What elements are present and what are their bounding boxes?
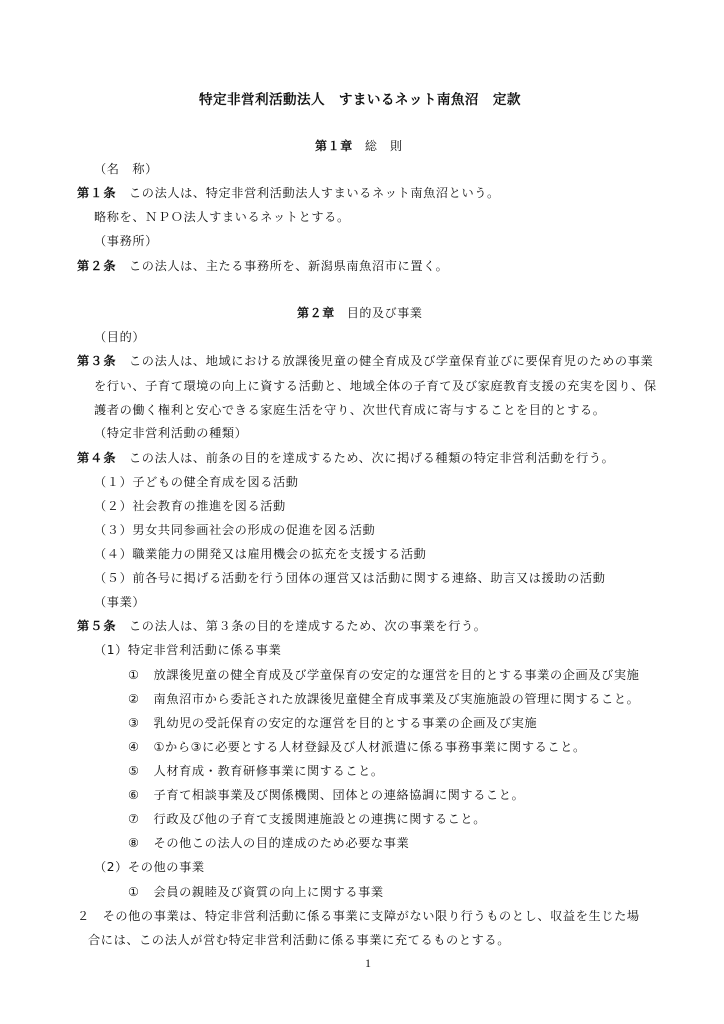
list-item: ④①から③に必要とする人材登録及び人材派遣に係る事務事業に関すること。 [128, 739, 586, 755]
list-item: ③乳幼児の受託保育の安定的な運営を目的とする事業の企画及び実施 [128, 715, 537, 731]
item-mark: ⑤ [128, 764, 140, 778]
article-3: 第３条この法人は、地域における放課後児童の健全育成及び学童保育並びに要保育児のた… [77, 353, 653, 369]
article-label: 第３条 [77, 353, 129, 369]
article-label: 第２条 [77, 258, 129, 274]
list-item: ①放課後児童の健全育成及び学童保育の安定的な運営を目的とする事業の企画及び実施 [128, 667, 639, 683]
section-1-title: （1）特定非営利活動に係る事業 [94, 642, 281, 658]
article-5: 第５条この法人は、第３条の目的を達成するため、次の事業を行う。 [77, 618, 487, 634]
article-1: 第１条この法人は、特定非営利活動法人すまいるネット南魚沼という。 [77, 185, 500, 201]
heading-activity-types: （特定非営利活動の種類） [94, 425, 247, 441]
item-text: 人材育成・教育研修事業に関すること。 [154, 764, 384, 778]
article-text: この法人は、主たる事務所を、新潟県南魚沼市に置く。 [129, 259, 448, 273]
item-text: 行政及び他の子育て支援関連施設との連携に関すること。 [154, 812, 486, 826]
article-2: 第２条この法人は、主たる事務所を、新潟県南魚沼市に置く。 [77, 258, 448, 274]
chapter-1-heading: 第１章総 則 [315, 138, 403, 154]
page-number: 1 [365, 955, 372, 971]
item-mark: ⑦ [128, 812, 140, 826]
item-text: ①から③に必要とする人材登録及び人材派遣に係る事務事業に関すること。 [154, 740, 586, 754]
item-text: 子育て相談事業及び関係機関、団体との連絡協調に関すること。 [154, 788, 525, 802]
item-mark: ④ [128, 740, 140, 754]
item-mark: ⑥ [128, 788, 140, 802]
article-3-line-3: 護者の働く権利と安心できる家庭生活を守り、次世代育成に寄与することを目的とする。 [94, 402, 606, 418]
list-item: （５）前各号に掲げる活動を行う団体の運営又は活動に関する連絡、助言又は援助の活動 [94, 570, 606, 586]
chapter-name: 総 則 [365, 139, 403, 153]
list-item: ②南魚沼市から委託された放課後児童健全育成事業及び実施施設の管理に関すること。 [128, 691, 639, 707]
item-mark: ① [128, 885, 140, 899]
list-item: ⑦行政及び他の子育て支援関連施設との連携に関すること。 [128, 811, 486, 827]
item-mark: ⑧ [128, 836, 140, 850]
list-item: （２）社会教育の推進を図る活動 [94, 498, 286, 514]
item-mark: ② [128, 692, 140, 706]
article-3-line-2: を行い、子育て環境の向上に資する活動と、地域全体の子育て及び家庭教育支援の充実を… [94, 378, 657, 394]
heading-office: （事務所） [94, 233, 158, 249]
item-text: 南魚沼市から委託された放課後児童健全育成事業及び実施施設の管理に関すること。 [154, 692, 640, 706]
article-text: この法人は、地域における放課後児童の健全育成及び学童保育並びに要保育児のための事… [129, 354, 653, 368]
item-text: 乳幼児の受託保育の安定的な運営を目的とする事業の企画及び実施 [154, 716, 538, 730]
article-1-abbreviation: 略称を、ＮＰＯ法人すまいるネットとする。 [94, 209, 350, 225]
article-text: この法人は、前条の目的を達成するため、次に掲げる種類の特定非営利活動を行う。 [129, 451, 614, 465]
list-item: （３）男女共同参画社会の形成の促進を図る活動 [94, 522, 375, 538]
section-2-title: （2）その他の事業 [94, 859, 205, 875]
chapter-number: 第２章 [297, 306, 335, 320]
heading-purpose: （目的） [94, 329, 145, 345]
article-label: 第１条 [77, 185, 129, 201]
item-text: 放課後児童の健全育成及び学童保育の安定的な運営を目的とする事業の企画及び実施 [154, 668, 640, 682]
item-text: その他この法人の目的達成のため必要な事業 [154, 836, 410, 850]
heading-business: （事業） [94, 594, 145, 610]
chapter-name: 目的及び事業 [347, 306, 423, 320]
list-item: ⑤人材育成・教育研修事業に関すること。 [128, 763, 384, 779]
article-label: 第４条 [77, 450, 129, 466]
list-item: ⑧その他この法人の目的達成のため必要な事業 [128, 835, 409, 851]
heading-name: （名 称） [94, 161, 158, 177]
article-4: 第４条この法人は、前条の目的を達成するため、次に掲げる種類の特定非営利活動を行う… [77, 450, 614, 466]
article-5-paragraph-2-cont: 合には、この法人が営む特定非営利活動に係る事業に充てるものとする。 [88, 932, 510, 948]
list-item: ⑥子育て相談事業及び関係機関、団体との連絡協調に関すること。 [128, 787, 524, 803]
list-item: （４）職業能力の開発又は雇用機会の拡充を支援する活動 [94, 546, 426, 562]
article-label: 第５条 [77, 618, 129, 634]
article-text: この法人は、第３条の目的を達成するため、次の事業を行う。 [129, 619, 487, 633]
list-item: （１）子どもの健全育成を図る活動 [94, 474, 299, 490]
item-mark: ③ [128, 716, 140, 730]
article-text: この法人は、特定非営利活動法人すまいるネット南魚沼という。 [129, 186, 500, 200]
chapter-number: 第１章 [315, 139, 353, 153]
item-text: 会員の親睦及び資質の向上に関する事業 [154, 885, 384, 899]
document-page: 特定非営利活動法人 すまいるネット南魚沼 定款 第１章総 則 （名 称） 第１条… [0, 0, 724, 1024]
list-item: ①会員の親睦及び資質の向上に関する事業 [128, 884, 384, 900]
document-title: 特定非営利活動法人 すまいるネット南魚沼 定款 [199, 92, 521, 108]
item-mark: ① [128, 668, 140, 682]
chapter-2-heading: 第２章目的及び事業 [297, 305, 422, 321]
article-5-paragraph-2: ２ その他の事業は、特定非営利活動に係る事業に支障がない限り行うものとし、収益を… [77, 908, 640, 924]
